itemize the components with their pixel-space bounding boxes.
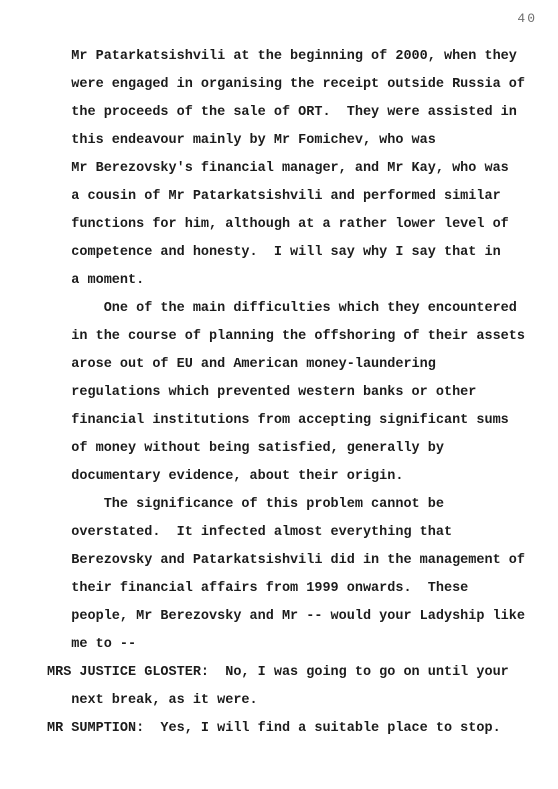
transcript-line: arose out of EU and American money-laund… bbox=[47, 351, 537, 379]
transcript-line: Mr Berezovsky's financial manager, and M… bbox=[47, 155, 537, 183]
transcript-page: 40 Mr Patarkatsishvili at the beginning … bbox=[0, 0, 558, 789]
transcript-line: financial institutions from accepting si… bbox=[47, 407, 537, 435]
transcript-line: regulations which prevented western bank… bbox=[47, 379, 537, 407]
transcript-line: competence and honesty. I will say why I… bbox=[47, 239, 537, 267]
transcript-line: The significance of this problem cannot … bbox=[47, 491, 537, 519]
transcript-body: Mr Patarkatsishvili at the beginning of … bbox=[47, 43, 537, 743]
transcript-line: functions for him, although at a rather … bbox=[47, 211, 537, 239]
transcript-line: a cousin of Mr Patarkatsishvili and perf… bbox=[47, 183, 537, 211]
transcript-line: were engaged in organising the receipt o… bbox=[47, 71, 537, 99]
page-number: 40 bbox=[517, 11, 537, 26]
transcript-line: a moment. bbox=[47, 267, 537, 295]
transcript-line: MRS JUSTICE GLOSTER: No, I was going to … bbox=[47, 659, 537, 687]
transcript-line: of money without being satisfied, genera… bbox=[47, 435, 537, 463]
transcript-line: people, Mr Berezovsky and Mr -- would yo… bbox=[47, 603, 537, 631]
transcript-line: overstated. It infected almost everythin… bbox=[47, 519, 537, 547]
transcript-line: One of the main difficulties which they … bbox=[47, 295, 537, 323]
transcript-line: Mr Patarkatsishvili at the beginning of … bbox=[47, 43, 537, 71]
transcript-line: this endeavour mainly by Mr Fomichev, wh… bbox=[47, 127, 537, 155]
transcript-line: in the course of planning the offshoring… bbox=[47, 323, 537, 351]
transcript-line: Berezovsky and Patarkatsishvili did in t… bbox=[47, 547, 537, 575]
transcript-line: next break, as it were. bbox=[47, 687, 537, 715]
transcript-line: their financial affairs from 1999 onward… bbox=[47, 575, 537, 603]
transcript-line: documentary evidence, about their origin… bbox=[47, 463, 537, 491]
transcript-line: MR SUMPTION: Yes, I will find a suitable… bbox=[47, 715, 537, 743]
transcript-line: me to -- bbox=[47, 631, 537, 659]
transcript-line: the proceeds of the sale of ORT. They we… bbox=[47, 99, 537, 127]
